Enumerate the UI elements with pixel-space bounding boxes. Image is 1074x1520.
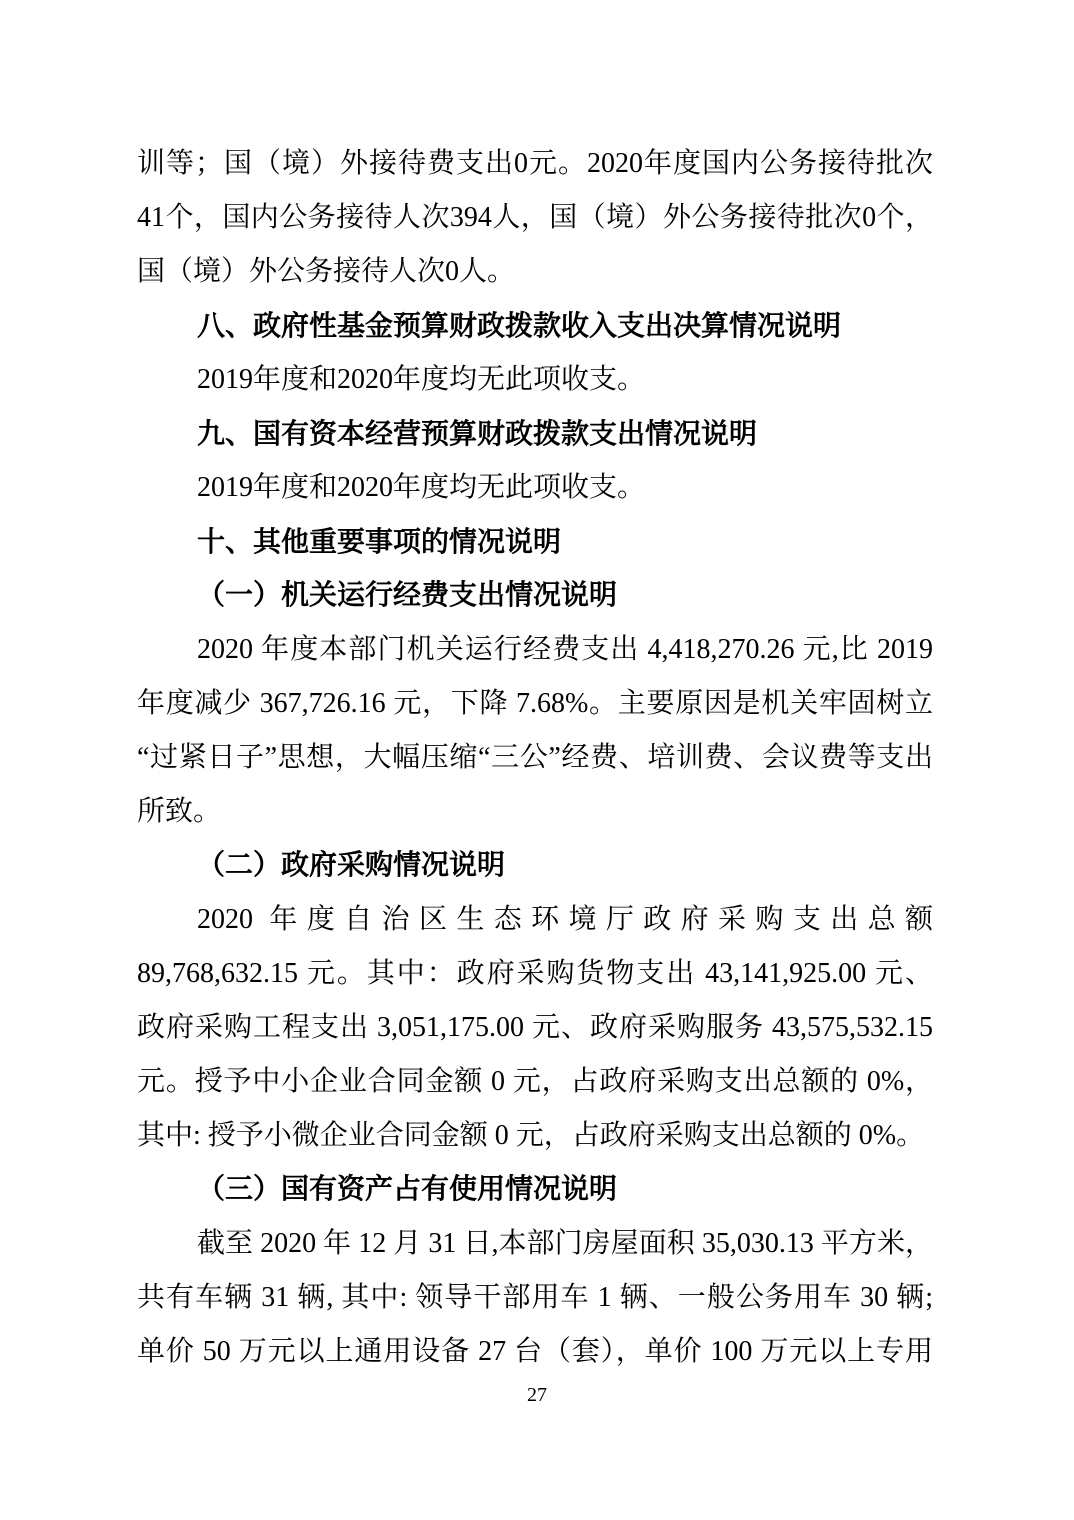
text-line: （二）政府采购情况说明 <box>137 839 933 893</box>
text-line: 政府采购工程支出 3,051,175.00 元、政府采购服务 43,575,53… <box>137 1001 933 1055</box>
text-line: 训等；国（境）外接待费支出0元。2020年度国内公务接待批次 <box>137 137 933 191</box>
text-line: （三）国有资产占有使用情况说明 <box>137 1163 933 1217</box>
text-line: 截至 2020 年 12 月 31 日,本部门房屋面积 35,030.13 平方… <box>137 1217 933 1271</box>
text-line: 其中: 授予小微企业合同金额 0 元，占政府采购支出总额的 0%。 <box>137 1109 933 1163</box>
text-line: 九、国有资本经营预算财政拨款支出情况说明 <box>137 407 933 461</box>
text-line: 八、政府性基金预算财政拨款收入支出决算情况说明 <box>137 299 933 353</box>
text-line: 单价 50 万元以上通用设备 27 台（套），单价 100 万元以上专用 <box>137 1325 933 1379</box>
text-line: 2020 年度本部门机关运行经费支出 4,418,270.26 元,比 2019 <box>137 623 933 677</box>
text-line: 2020 年度自治区生态环境厅政府采购支出总额 <box>137 893 933 947</box>
document-text-block: 训等；国（境）外接待费支出0元。2020年度国内公务接待批次41个，国内公务接待… <box>137 137 933 1379</box>
text-line: 2019年度和2020年度均无此项收支。 <box>137 353 933 407</box>
text-line: 89,768,632.15 元。其中：政府采购货物支出 43,141,925.0… <box>137 947 933 1001</box>
text-line: （一）机关运行经费支出情况说明 <box>137 569 933 623</box>
document-page: 训等；国（境）外接待费支出0元。2020年度国内公务接待批次41个，国内公务接待… <box>0 0 1074 1520</box>
text-line: 2019年度和2020年度均无此项收支。 <box>137 461 933 515</box>
text-line: 41个，国内公务接待人次394人，国（境）外公务接待批次0个， <box>137 191 933 245</box>
text-line: 十、其他重要事项的情况说明 <box>137 515 933 569</box>
text-line: 年度减少 367,726.16 元，下降 7.68%。主要原因是机关牢固树立 <box>137 677 933 731</box>
text-line: 共有车辆 31 辆, 其中: 领导干部用车 1 辆、一般公务用车 30 辆; <box>137 1271 933 1325</box>
text-line: 所致。 <box>137 785 933 839</box>
text-line: 国（境）外公务接待人次0人。 <box>137 245 933 299</box>
text-line: 元。授予中小企业合同金额 0 元，占政府采购支出总额的 0%， <box>137 1055 933 1109</box>
page-number: 27 <box>0 1383 1074 1407</box>
text-line: “过紧日子”思想，大幅压缩“三公”经费、培训费、会议费等支出 <box>137 731 933 785</box>
